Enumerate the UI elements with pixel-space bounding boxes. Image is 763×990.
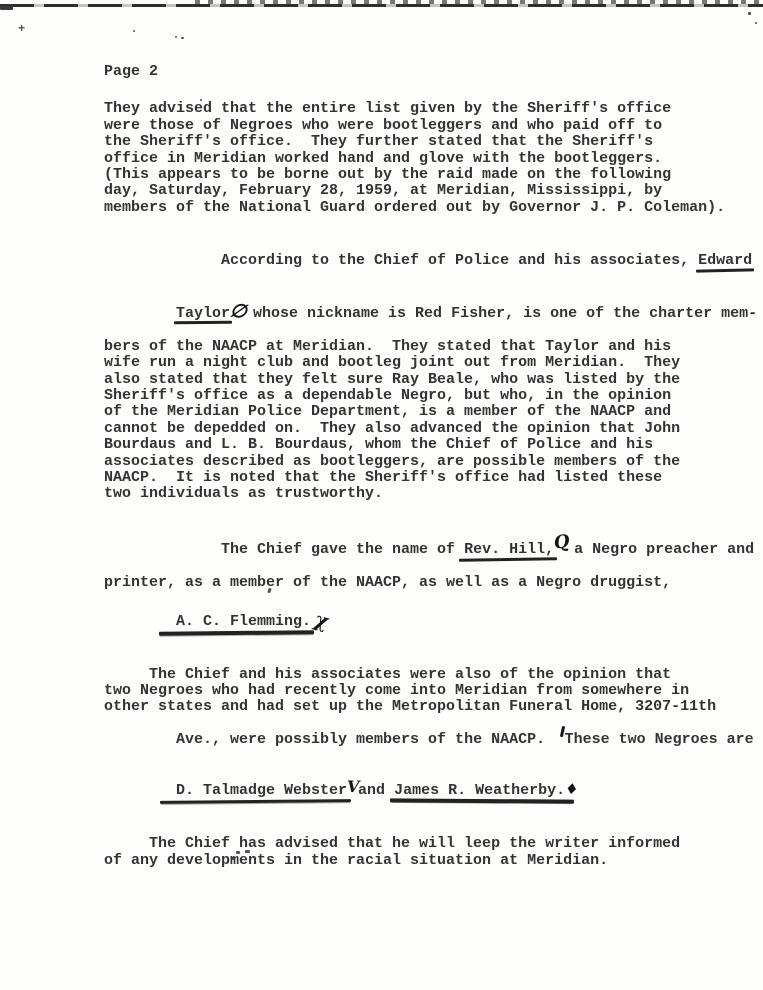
paragraph-1: They advised that the entire list given … bbox=[104, 101, 744, 216]
text-line: also stated that they felt sure Ray Beal… bbox=[104, 372, 744, 388]
text-line: printer, as a member of the NAACP, as we… bbox=[104, 575, 744, 591]
text-line: Sheriff's office as a dependable Negro, … bbox=[104, 388, 744, 404]
text-line: Bourdaus and L. B. Bourdaus, whom the Ch… bbox=[104, 437, 744, 453]
underlined-name-edward: Edward bbox=[698, 252, 752, 269]
scan-dark-row bbox=[0, 4, 763, 7]
page-number: Page 2 bbox=[104, 64, 744, 80]
text-line: Ave., were possibly members of the NAACP… bbox=[104, 716, 744, 765]
underlined-name-webster: D. Talmadge Webster bbox=[176, 782, 347, 799]
text-line: the Sheriff's office. They further state… bbox=[104, 134, 744, 150]
scan-speck bbox=[133, 30, 135, 32]
text-line: associates described as bootleggers, are… bbox=[104, 454, 744, 470]
underlined-name-rev-hill: Rev. Hill, bbox=[464, 541, 554, 558]
handwritten-mark-icon: ∅ bbox=[229, 301, 246, 322]
text-line: day, Saturday, February 28, 1959, at Mer… bbox=[104, 183, 744, 199]
text-line: wife run a night club and bootleg joint … bbox=[104, 355, 744, 371]
scan-speck bbox=[181, 37, 184, 39]
handwritten-mark-icon: Q bbox=[553, 534, 568, 553]
text-line: bers of the NAACP at Meridian. They stat… bbox=[104, 339, 744, 355]
text-line: two Negroes who had recently come into M… bbox=[104, 683, 744, 699]
text-line: The Chief has advised that he will leep … bbox=[104, 836, 744, 852]
text-line: of any developments in the racial situat… bbox=[104, 853, 744, 869]
text-line: of the Meridian Police Department, is a … bbox=[104, 404, 744, 420]
text-segment: The Chief gave the name of bbox=[176, 541, 464, 558]
text-line: NAACP. It is noted that the Sheriff's of… bbox=[104, 470, 744, 486]
document-body: Page 2 They advised that the entire list… bbox=[104, 64, 744, 889]
text-line: two individuals as trustworthy. bbox=[104, 486, 744, 502]
text-segment: a Negro preacher and bbox=[565, 541, 754, 558]
text-segment: Ave., were possibly members of the NAACP… bbox=[176, 731, 563, 748]
text-line: office in Meridian worked hand and glove… bbox=[104, 151, 744, 167]
handwritten-mark-icon: χ bbox=[313, 608, 331, 631]
scanned-document-page: + Page 2 They advised that the entire li… bbox=[0, 0, 763, 990]
text-line: D. Talmadge WebsterVand James R. Weather… bbox=[104, 765, 744, 816]
paragraph-4: The Chief and his associates were also o… bbox=[104, 667, 744, 817]
text-line: (This appears to be borne out by the rai… bbox=[104, 167, 744, 183]
underlined-name-flemming: A. C. Flemming. bbox=[176, 613, 311, 630]
text-line: The Chief gave the name of Rev. Hill,Q a… bbox=[104, 523, 744, 575]
handwritten-mark-icon: ♦ bbox=[564, 782, 578, 799]
paragraph-3: The Chief gave the name of Rev. Hill,Q a… bbox=[104, 523, 744, 647]
text-line: They advised that the entire list given … bbox=[104, 101, 744, 117]
scan-plus-mark: + bbox=[18, 22, 25, 36]
text-line: Taylor∅ whose nickname is Red Fisher, is… bbox=[104, 285, 744, 338]
paragraph-2: According to the Chief of Police and his… bbox=[104, 236, 744, 503]
text-line: The Chief and his associates were also o… bbox=[104, 667, 744, 683]
underlined-name-weatherby: James R. Weatherby. bbox=[394, 782, 565, 799]
handwritten-mark-icon: V bbox=[347, 779, 358, 795]
scan-speck bbox=[755, 22, 757, 24]
text-segment: and bbox=[358, 782, 394, 799]
text-line: According to the Chief of Police and his… bbox=[104, 236, 744, 285]
text-segment: These two Negroes are bbox=[565, 731, 754, 748]
text-line: other states and had set up the Metropol… bbox=[104, 699, 744, 715]
text-line: A. C. Flemming.χ bbox=[104, 591, 744, 646]
paragraph-5: The Chief has advised that he will leep … bbox=[104, 836, 744, 869]
text-line: cannot be depedded on. They also advance… bbox=[104, 421, 744, 437]
underlined-name-taylor: Taylor bbox=[176, 305, 230, 322]
scan-speck bbox=[175, 36, 177, 38]
scan-corner-blob bbox=[0, 6, 13, 10]
text-segment: According to the Chief of Police and his… bbox=[176, 252, 698, 269]
text-segment: whose nickname is Red Fisher, is one of … bbox=[244, 305, 757, 322]
scan-speck bbox=[748, 12, 751, 15]
text-line: were those of Negroes who were bootlegge… bbox=[104, 118, 744, 134]
text-line: members of the National Guard ordered ou… bbox=[104, 200, 744, 216]
scan-artifact-top-band bbox=[0, 0, 763, 10]
